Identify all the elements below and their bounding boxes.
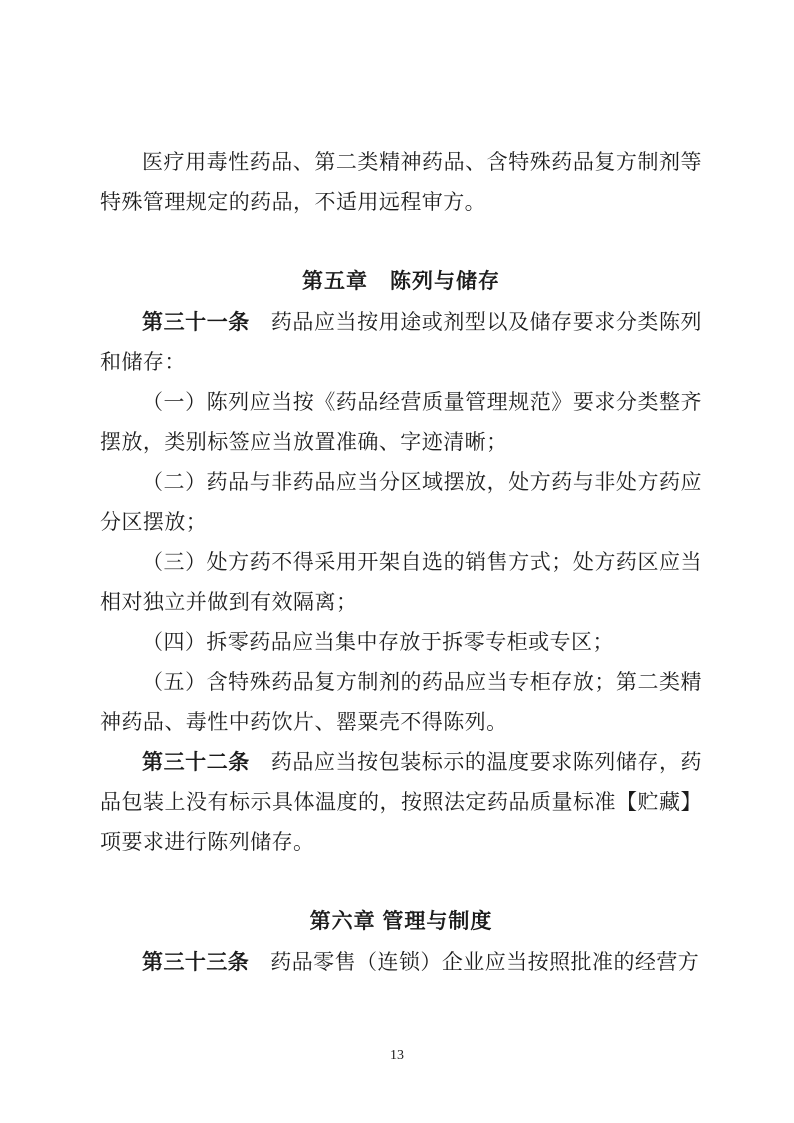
clause-2: （二）药品与非药品应当分区域摆放，处方药与非处方药应分区摆放； — [100, 462, 702, 542]
clause-1: （一）陈列应当按《药品经营质量管理规范》要求分类整齐摆放，类别标签应当放置准确、… — [100, 382, 702, 462]
article-33-text: 药品零售（连锁）企业应当按照批准的经营方 — [270, 950, 699, 974]
article-31-number: 第三十一条 — [142, 310, 250, 334]
clause-3: （三）处方药不得采用开架自选的销售方式；处方药区应当相对独立并做到有效隔离； — [100, 542, 702, 622]
page-number: 13 — [0, 1046, 794, 1066]
clause-5: （五）含特殊药品复方制剂的药品应当专柜存放；第二类精神药品、毒性中药饮片、罂粟壳… — [100, 662, 702, 742]
article-31: 第三十一条药品应当按用途或剂型以及储存要求分类陈列和储存： — [100, 302, 702, 382]
chapter-heading-6-management-rules: 第六章 管理与制度 — [100, 902, 702, 942]
paragraph-special-drugs-continuation: 医疗用毒性药品、第二类精神药品、含特殊药品复方制剂等特殊管理规定的药品，不适用远… — [100, 142, 702, 222]
document-body: 医疗用毒性药品、第二类精神药品、含特殊药品复方制剂等特殊管理规定的药品，不适用远… — [100, 142, 702, 982]
document-page: 医疗用毒性药品、第二类精神药品、含特殊药品复方制剂等特殊管理规定的药品，不适用远… — [0, 0, 794, 1123]
article-33-number: 第三十三条 — [142, 950, 249, 974]
chapter-heading-5-display-storage: 第五章 陈列与储存 — [100, 262, 702, 302]
clause-4: （四）拆零药品应当集中存放于拆零专柜或专区； — [100, 622, 702, 662]
article-33: 第三十三条药品零售（连锁）企业应当按照批准的经营方 — [100, 942, 702, 982]
article-32: 第三十二条药品应当按包装标示的温度要求陈列储存，药品包装上没有标示具体温度的，按… — [100, 742, 702, 862]
article-32-number: 第三十二条 — [142, 750, 250, 774]
